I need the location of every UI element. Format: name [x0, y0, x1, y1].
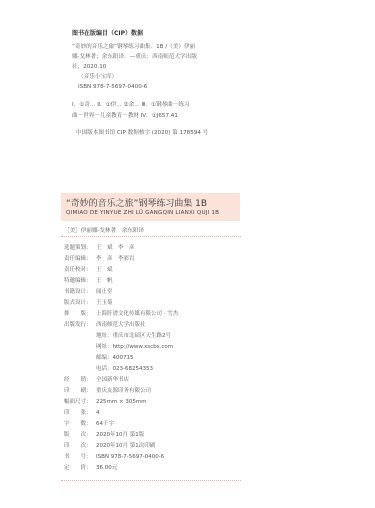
- publisher-phone: 电话：023-68254353: [96, 364, 153, 374]
- dotted-divider: [61, 236, 241, 237]
- spec-row: 经 销：全国新华书店: [64, 375, 129, 385]
- spec-row: 字 数：64千字: [64, 419, 114, 429]
- book-title: “奇妙的音乐之旅”钢琴练习曲集 1B: [66, 196, 207, 209]
- spec-row: 印 张：4: [64, 408, 100, 418]
- cip-record: 中国版本图书馆 CIP 数据核字 (2020) 第 178594 号: [76, 128, 276, 138]
- spec-row: 印 次：2020年10月 第1次印刷: [64, 441, 155, 451]
- cip-heading: 图书在版编目（CIP）数据: [72, 28, 143, 37]
- credit-row: 出版发行：西南师范大学出版社: [64, 320, 146, 330]
- credit-row: 责任编辑：李 彦 李彩岩: [64, 254, 135, 264]
- cip-line: “奇妙的音乐之旅”钢琴练习曲集．1B /（美）伊丽: [72, 42, 252, 52]
- credit-row: 特邀编辑：王 帆: [64, 276, 113, 286]
- book-authors: ［美］伊丽娜·戈林著 余东阳译: [64, 226, 144, 234]
- book-title-pinyin: QIMIAO DE YINYUE ZHI LÜ GANGQIN LIANXI Q…: [66, 210, 219, 216]
- credit-row: 责任校对：王 斌: [64, 265, 113, 275]
- credit-row: 书籍设计：闻止堂: [64, 287, 113, 297]
- spec-row: 印 刷：重庆友源印务有限公司: [64, 386, 151, 396]
- cip-classification: 曲－世界－儿童教育－教材 Ⅳ．①J657.41: [72, 111, 252, 121]
- cip-isbn: ISBN 978-7-5697-0400-6: [78, 82, 258, 92]
- cip-line: 娜·戈林著；余东阳译．—重庆：西南师范大学出版: [72, 52, 252, 62]
- spec-row: 版 次：2020年10月 第1版: [64, 430, 144, 440]
- spec-row: 定 价：36.00元: [64, 463, 117, 473]
- publisher-address: 地址：重庆市北碚区天生路2号: [96, 331, 171, 341]
- spec-row: 书 号：ISBN 978-7-5697-0400-6: [64, 452, 164, 462]
- cip-classification: Ⅰ．①奇… Ⅱ．①伊… ②余… Ⅲ．①钢琴曲－练习: [72, 100, 252, 110]
- cip-line: 社，2020.10: [72, 62, 252, 72]
- dotted-divider-bottom: [61, 480, 241, 481]
- publisher-website: 网址：http://www.xscbs.com: [96, 342, 173, 352]
- spec-row: 幅面尺寸：225mm × 305mm: [64, 397, 147, 407]
- publisher-postcode: 邮编：400715: [96, 353, 134, 363]
- credit-row: 排 版：上海肝谱文化传媒有限公司 · 雪杰: [64, 309, 178, 319]
- credit-row: 选题策划：王 斌 李 彦: [64, 243, 135, 253]
- credit-row: 版式设计：王玉菊: [64, 298, 113, 308]
- cip-line: （音乐小宝库）: [78, 72, 258, 82]
